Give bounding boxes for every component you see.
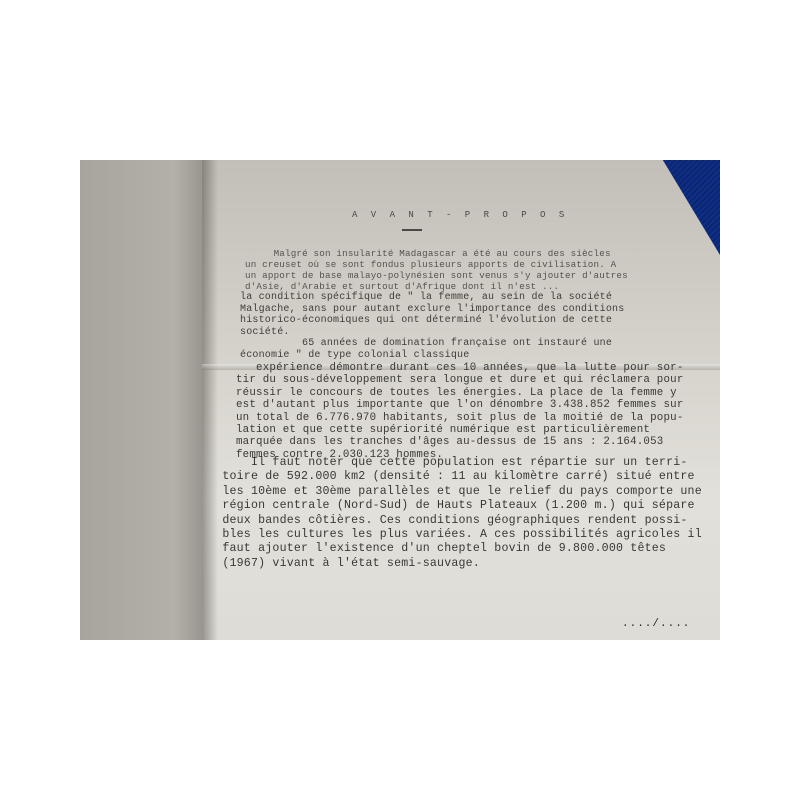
page-continuation-mark: ..../.... <box>622 618 690 630</box>
left-facing-page <box>80 160 215 640</box>
paragraph-4: Il faut noter que cette population est r… <box>208 456 702 571</box>
paragraph-1: Malgré son insularité Madagascar a été a… <box>245 248 628 292</box>
paragraph-3: expérience démontre durant ces 10 années… <box>236 362 684 461</box>
page-title: A V A N T - P R O P O S <box>352 210 568 220</box>
title-underline <box>402 229 422 231</box>
paragraph-2: la condition spécifique de " la femme, a… <box>240 292 624 361</box>
